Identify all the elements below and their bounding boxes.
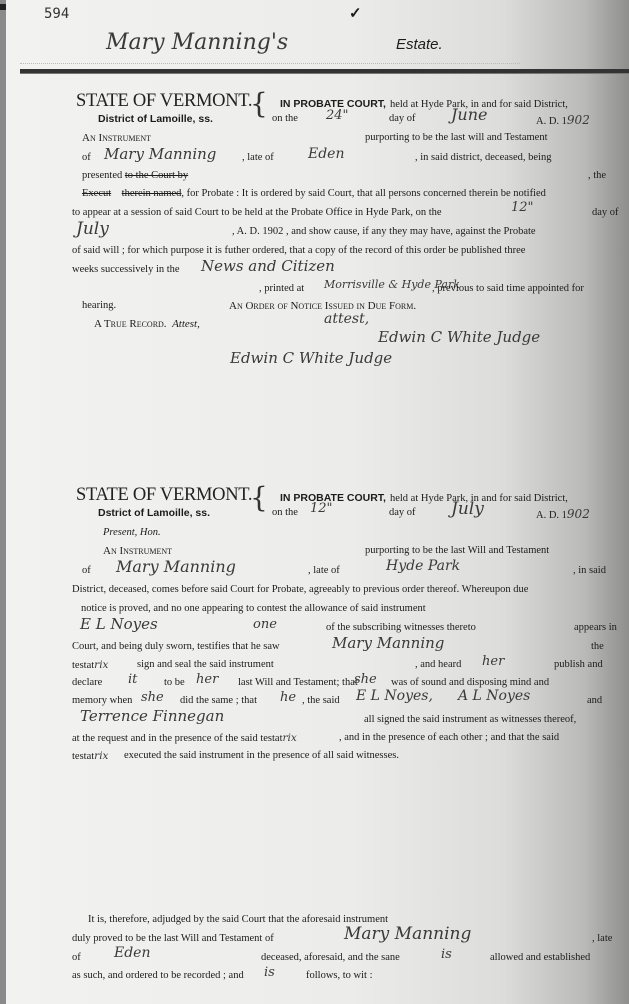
executed-line: executed the said instrument in the pres…: [124, 750, 399, 761]
town-value-2: Hyde Park: [386, 558, 460, 574]
the-said: , the said: [302, 695, 340, 706]
estate-label: Estate.: [396, 36, 443, 53]
court-sworn: Court, and being duly sworn, testifies t…: [72, 641, 280, 652]
newspaper-name: News and Citizen: [201, 257, 335, 275]
witness3: Terrence Finnegan: [80, 707, 224, 725]
on-the-1: on the: [272, 113, 298, 124]
did-same: did the same ; that: [180, 695, 257, 706]
last-will: last Will and Testament; that: [238, 677, 358, 688]
one-value: one: [253, 617, 277, 632]
is-value-2: is: [264, 965, 275, 980]
declare: declare: [72, 677, 102, 688]
instrument-label-2: An Instrument: [103, 545, 172, 557]
instrument-label-1: An Instrument: [82, 132, 151, 144]
sign-seal: sign and seal the said instrument: [137, 659, 274, 670]
for-probate-line: Execut therein named, for Probate : It i…: [82, 188, 546, 199]
testat-line: testatrix: [72, 659, 108, 671]
and-label: and: [587, 695, 602, 706]
day-of-2: day of: [592, 207, 619, 218]
in-said-district-1: , in said district, deceased, being: [415, 152, 551, 163]
ad-line: , A. D. 1902 , and show cause, if any th…: [232, 226, 536, 237]
publish-and: publish and: [554, 659, 603, 670]
request-line: at the request and in the presence of th…: [72, 732, 297, 744]
allowed: allowed and established: [490, 952, 590, 963]
heard-value: her: [482, 654, 504, 669]
state-heading-2: STATE OF VERMONT.: [76, 485, 252, 506]
brace-2: {: [250, 481, 268, 514]
weeks-line: weeks successively in the: [72, 264, 180, 275]
testator-name-2: Mary Manning: [116, 557, 236, 576]
late-of-2: , late of: [308, 565, 340, 576]
and-heard: , and heard: [415, 659, 461, 670]
of-value-3: Eden: [114, 945, 150, 961]
notice-line: notice is proved, and no one appearing t…: [81, 603, 426, 614]
attest-handwritten: attest,: [324, 311, 369, 327]
to-be: to be: [164, 677, 185, 688]
district-2: Dstrict of Lamoille, ss.: [98, 507, 210, 519]
deceased-aforesaid: deceased, aforesaid, and the sane: [261, 952, 400, 963]
town-value-1: Eden: [308, 146, 344, 162]
late-of-1: , late of: [242, 152, 274, 163]
previous-to: , previous to said time appointed for: [432, 283, 584, 294]
appears-in: appears in: [574, 622, 617, 633]
witness2: A L Noyes: [458, 688, 530, 704]
check-mark-icon: ✓: [349, 4, 362, 23]
of-label-2: of: [82, 565, 91, 576]
did-value: he: [280, 690, 296, 705]
hearing-label: hearing.: [82, 300, 116, 311]
as-such: as such, and ordered to be recorded ; an…: [72, 970, 244, 981]
sound-mind: was of sound and disposing mind and: [391, 677, 549, 688]
of-label-1: of: [82, 152, 91, 163]
hearing-day: 12": [511, 200, 534, 215]
printed-at: , printed at: [259, 283, 304, 294]
page-number: 594: [44, 6, 69, 22]
memory-value: she: [141, 690, 164, 705]
is-value: is: [441, 947, 452, 962]
proved-name: Mary Manning: [344, 924, 471, 944]
judge-signature-1: Edwin C White Judge: [378, 328, 540, 346]
to-be-value: her: [196, 672, 218, 687]
the-label-2: the: [591, 641, 604, 652]
testator-name-1: Mary Manning: [104, 145, 216, 163]
that-value: she: [354, 672, 377, 687]
follows: follows, to wit :: [306, 970, 373, 981]
each-other: , and in the presence of each other ; an…: [339, 732, 559, 743]
day-of-3: day of: [389, 507, 416, 518]
presented-line: presented to the Court by: [82, 170, 188, 181]
testat2-line: testatrix: [72, 750, 108, 762]
witness1: E L Noyes,: [356, 688, 433, 704]
district-1: District of Lamoille, ss.: [98, 113, 213, 125]
day-value-1: 24": [326, 108, 349, 123]
day-value-2: 12": [310, 501, 333, 516]
brace-1: {: [250, 87, 268, 120]
state-heading-1: STATE OF VERMONT.: [76, 91, 252, 112]
district-line: District, deceased, comes before said Co…: [72, 584, 528, 595]
judge-signature-2: Edwin C White Judge: [230, 349, 392, 367]
court-line-1: IN PROBATE COURT, held at Hyde Park, in …: [280, 94, 568, 112]
the-label-1: , the: [588, 170, 606, 181]
of-label-3: of: [72, 952, 81, 963]
present-hon: Present, Hon.: [103, 527, 161, 538]
month-value-1: June: [451, 105, 488, 124]
purporting-2: purporting to be the last Will and Testa…: [365, 545, 549, 556]
year-2: A. D. 1902: [536, 507, 590, 521]
duly-proved: duly proved to be the last Will and Test…: [72, 933, 274, 944]
document-page: 594 ✓ Mary Manning's Estate. STATE OF VE…: [6, 0, 629, 1004]
header-rule: [20, 69, 629, 74]
late-label: , late: [592, 933, 612, 944]
witness-name: E L Noyes: [80, 615, 158, 633]
declare-value: it: [128, 672, 137, 687]
order-of-notice: An Order of Notice Issued in Due Form.: [229, 300, 416, 312]
true-record: A True Record. Attest,: [94, 318, 200, 330]
all-signed: all signed the said instrument as witnes…: [364, 714, 576, 725]
estate-name: Mary Manning's: [106, 30, 288, 55]
subscribing: of the subscribing witnesses thereto: [326, 622, 476, 633]
said-will-line: of said will ; for which purpose it is f…: [72, 245, 525, 256]
year-1: A. D. 1902: [536, 113, 590, 127]
day-of-1: day of: [389, 113, 416, 124]
saw-name: Mary Manning: [332, 634, 444, 652]
hearing-month: July: [76, 219, 109, 239]
purporting-1: purporting to be the last will and Testa…: [365, 132, 548, 143]
month-value-2: July: [451, 499, 484, 519]
memory-when: memory when: [72, 695, 132, 706]
title-underline: [20, 63, 520, 64]
appear-line: to appear at a session of said Court to …: [72, 207, 442, 218]
in-said: , in said: [573, 565, 606, 576]
on-the-2: on the: [272, 507, 298, 518]
